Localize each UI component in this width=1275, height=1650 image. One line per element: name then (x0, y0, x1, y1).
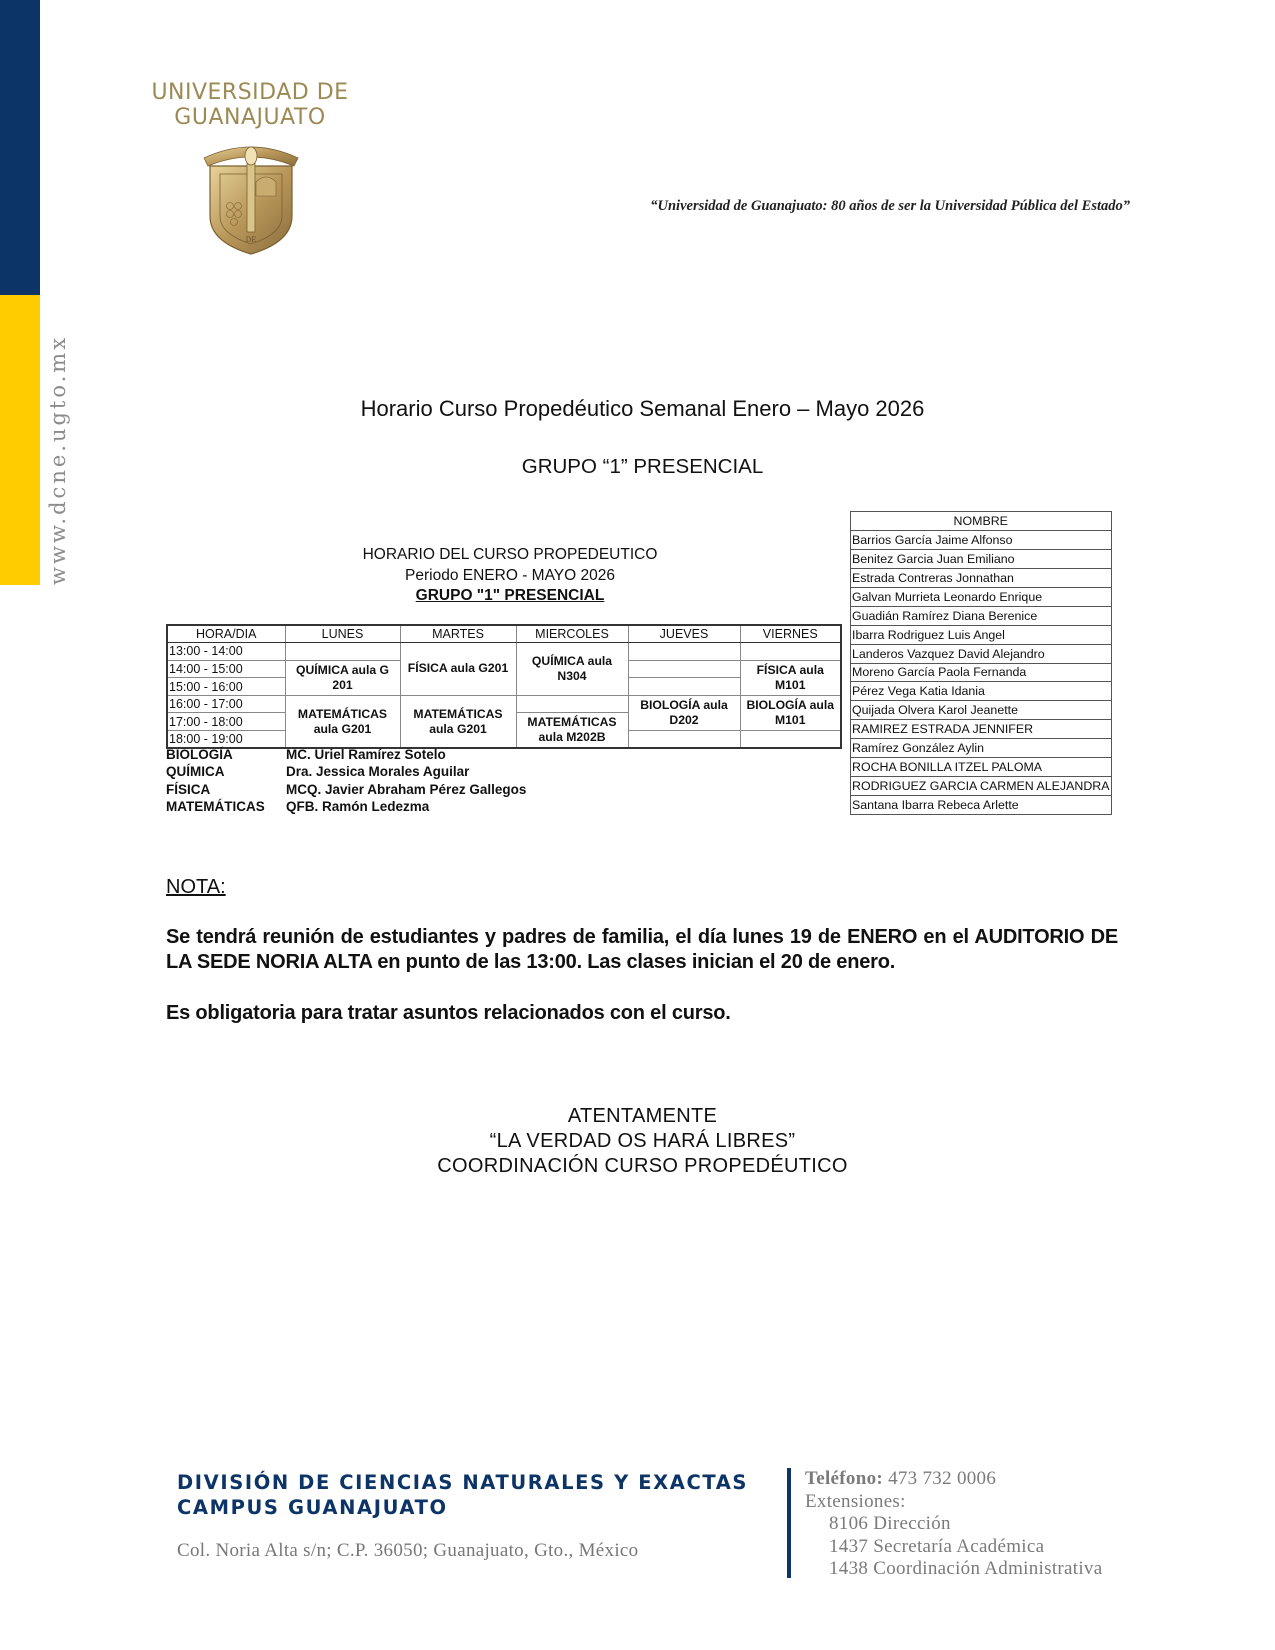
footer-division: DIVISIÓN DE CIENCIAS NATURALES Y EXACTAS… (177, 1470, 748, 1520)
table-row: 13:00 - 14:00 FÍSICA aula G201 QUÍMICA a… (167, 643, 841, 661)
schedule-header-row: HORA/DIA LUNES MARTES MIERCOLES JUEVES V… (167, 625, 841, 643)
extension-item: 8106 Dirección (805, 1513, 1102, 1536)
note-label: NOTA: (166, 876, 226, 899)
note-meeting-paragraph: Se tendrá reunión de estudiantes y padre… (166, 925, 1118, 975)
column-header: HORA/DIA (167, 625, 285, 643)
student-name: Guadián Ramírez Diana Berenice (851, 606, 1112, 625)
teacher-row: FÍSICA MCQ. Javier Abraham Pérez Gallego… (166, 781, 526, 798)
student-name: Landeros Vazquez David Alejandro (851, 644, 1112, 663)
class-cell: BIOLOGÍA aula D202 (628, 695, 740, 730)
column-header: LUNES (285, 625, 400, 643)
teacher-name: MCQ. Javier Abraham Pérez Gallegos (286, 781, 526, 798)
empty-cell (740, 643, 841, 661)
university-name-line2: GUANAJUATO (140, 105, 360, 130)
empty-cell (516, 695, 628, 713)
student-names-table: NOMBRE Barrios García Jaime Alfonso Beni… (850, 511, 1112, 815)
schedule-table: HORA/DIA LUNES MARTES MIERCOLES JUEVES V… (166, 624, 842, 749)
teacher-subject: BIOLOGÍA (166, 746, 286, 763)
university-name-line1: UNIVERSIDAD DE (140, 80, 360, 105)
university-logo-text: UNIVERSIDAD DE GUANAJUATO (140, 80, 360, 130)
teacher-row: MATEMÁTICAS QFB. Ramón Ledezma (166, 798, 526, 815)
extension-item: 1438 Coordinación Administrativa (805, 1558, 1102, 1581)
class-cell: FÍSICA aula G201 (400, 643, 516, 696)
student-name: Santana Ibarra Rebeca Arlette (851, 796, 1112, 815)
page-title: Horario Curso Propedéutico Semanal Enero… (0, 396, 1275, 422)
phone-line: Teléfono: 473 732 0006 (805, 1468, 1102, 1491)
student-name: Estrada Contreras Jonnathan (851, 568, 1112, 587)
empty-cell (628, 731, 740, 749)
class-cell: QUÍMICA aula G 201 (285, 660, 400, 695)
campus-name: CAMPUS GUANAJUATO (177, 1495, 748, 1520)
student-name: Quijada Olvera Karol Jeanette (851, 701, 1112, 720)
class-cell: BIOLOGÍA aula M101 (740, 695, 841, 730)
schedule-heading: HORARIO DEL CURSO PROPEDEUTICO Periodo E… (280, 545, 740, 607)
empty-cell (628, 643, 740, 661)
teacher-subject: QUÍMICA (166, 763, 286, 780)
schedule-heading-title: HORARIO DEL CURSO PROPEDEUTICO (280, 545, 740, 566)
names-header: NOMBRE (851, 512, 1112, 531)
closing-line: COORDINACIÓN CURSO PROPEDÉUTICO (10, 1154, 1275, 1179)
teacher-name: QFB. Ramón Ledezma (286, 798, 429, 815)
sidebar-navy-bar (0, 0, 40, 295)
time-slot: 17:00 - 18:00 (167, 713, 285, 731)
closing-line: ATENTAMENTE (10, 1104, 1275, 1129)
footer-contact: Teléfono: 473 732 0006 Extensiones: 8106… (805, 1468, 1102, 1581)
time-slot: 15:00 - 16:00 (167, 678, 285, 696)
student-name: RAMIREZ ESTRADA JENNIFER (851, 720, 1112, 739)
empty-cell (628, 678, 740, 696)
footer-address: Col. Noria Alta s/n; C.P. 36050; Guanaju… (177, 1540, 638, 1562)
column-header: MIERCOLES (516, 625, 628, 643)
student-name: Ibarra Rodriguez Luis Angel (851, 625, 1112, 644)
class-cell: QUÍMICA aula N304 (516, 643, 628, 696)
teacher-subject: MATEMÁTICAS (166, 798, 286, 815)
svg-text:DE: DE (246, 236, 257, 244)
student-name: Benitez Garcia Juan Emiliano (851, 549, 1112, 568)
column-header: JUEVES (628, 625, 740, 643)
university-crest-icon: DE (196, 138, 306, 258)
student-name: RODRIGUEZ GARCIA CARMEN ALEJANDRA (851, 777, 1112, 796)
student-name: Pérez Vega Katia Idania (851, 682, 1112, 701)
footer-divider (787, 1468, 791, 1578)
column-header: MARTES (400, 625, 516, 643)
note-mandatory-paragraph: Es obligatoria para tratar asuntos relac… (166, 1002, 731, 1025)
class-cell: FÍSICA aula M101 (740, 660, 841, 695)
time-slot: 13:00 - 14:00 (167, 643, 285, 661)
class-cell: MATEMÁTICAS aula M202B (516, 713, 628, 748)
student-name: Ramírez González Aylin (851, 739, 1112, 758)
teacher-name: MC. Uriel Ramírez Sotelo (286, 746, 446, 763)
teacher-row: QUÍMICA Dra. Jessica Morales Aguilar (166, 763, 526, 780)
phone-number: 473 732 0006 (888, 1468, 996, 1489)
teacher-subject: FÍSICA (166, 781, 286, 798)
teachers-list: BIOLOGÍA MC. Uriel Ramírez Sotelo QUÍMIC… (166, 746, 526, 816)
closing-signature: ATENTAMENTE “LA VERDAD OS HARÁ LIBRES” C… (0, 1104, 1275, 1179)
class-cell: MATEMÁTICAS aula G201 (285, 695, 400, 748)
group-title: GRUPO “1” PRESENCIAL (0, 455, 1275, 479)
sidebar-yellow-bar (0, 295, 40, 585)
empty-cell (285, 643, 400, 661)
teacher-row: BIOLOGÍA MC. Uriel Ramírez Sotelo (166, 746, 526, 763)
empty-cell (628, 660, 740, 678)
extensions-label: Extensiones: (805, 1491, 1102, 1514)
class-cell: MATEMÁTICAS aula G201 (400, 695, 516, 748)
phone-label: Teléfono: (805, 1468, 883, 1489)
student-name: Galvan Murrieta Leonardo Enrique (851, 587, 1112, 606)
closing-line: “LA VERDAD OS HARÁ LIBRES” (10, 1129, 1275, 1154)
column-header: VIERNES (740, 625, 841, 643)
time-slot: 14:00 - 15:00 (167, 660, 285, 678)
schedule-heading-period: Periodo ENERO - MAYO 2026 (280, 566, 740, 587)
division-name: DIVISIÓN DE CIENCIAS NATURALES Y EXACTAS (177, 1470, 748, 1495)
student-name: Moreno García Paola Fernanda (851, 663, 1112, 682)
time-slot: 16:00 - 17:00 (167, 695, 285, 713)
student-name: Barrios García Jaime Alfonso (851, 530, 1112, 549)
teacher-name: Dra. Jessica Morales Aguilar (286, 763, 469, 780)
empty-cell (740, 731, 841, 749)
table-row: 16:00 - 17:00 MATEMÁTICAS aula G201 MATE… (167, 695, 841, 713)
schedule-heading-group: GRUPO "1" PRESENCIAL (280, 586, 740, 607)
extension-item: 1437 Secretaría Académica (805, 1536, 1102, 1559)
student-name: ROCHA BONILLA ITZEL PALOMA (851, 758, 1112, 777)
anniversary-motto: “Universidad de Guanajuato: 80 años de s… (560, 198, 1130, 215)
